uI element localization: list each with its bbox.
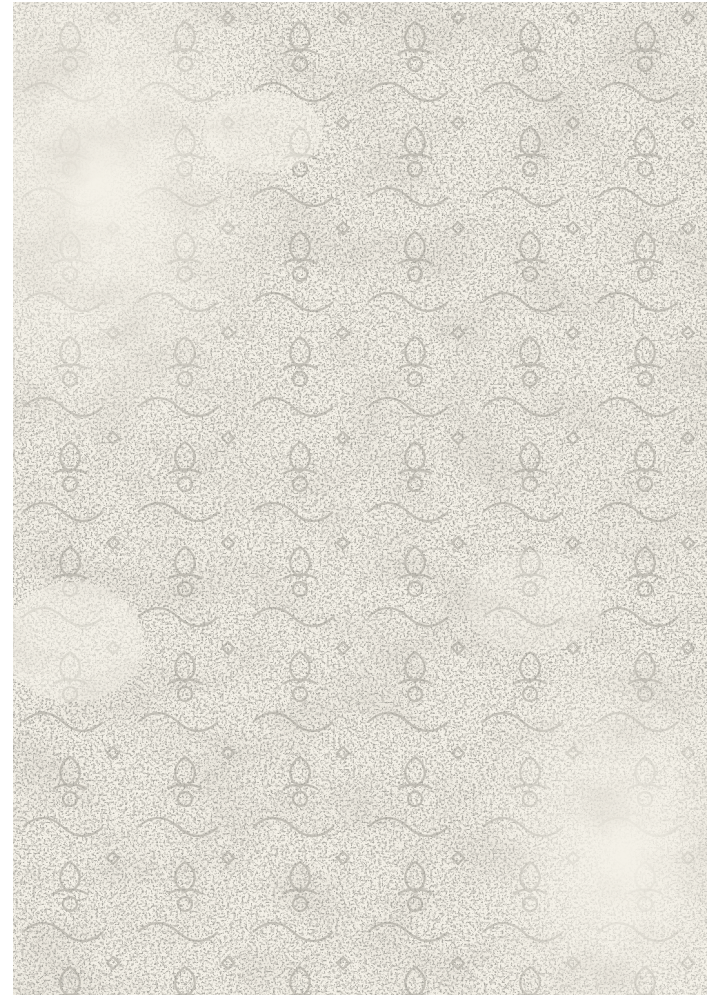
rug-photo — [13, 2, 707, 995]
image-canvas — [0, 0, 720, 1000]
rug-pattern — [13, 2, 707, 995]
